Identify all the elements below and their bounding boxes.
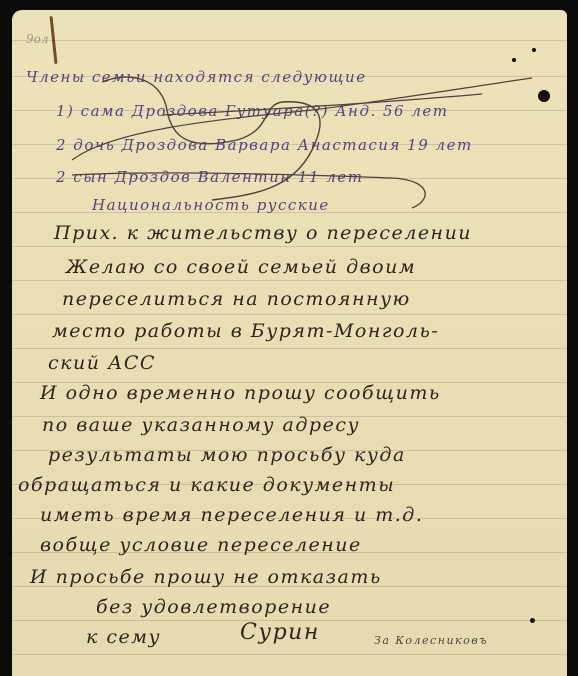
body-line-12: И просьбе прошу не отказать — [30, 566, 382, 588]
body-line-11: вобще условие переселение — [40, 534, 362, 556]
body-line-2: Желаю со своей семьей двоим — [66, 256, 416, 278]
body-line-9: обращаться и какие документы — [18, 474, 395, 496]
body-line-7: по ваше указанному адресу — [42, 414, 360, 436]
family-heading: Члены семьи находятся следующие — [26, 68, 367, 86]
family-member-2: 2 дочь Дроздова Варвара Анастасия 19 лет — [56, 136, 473, 154]
family-member-1: 1) сама Дроздова Гутуара(?) Анд. 56 лет — [56, 102, 449, 120]
body-line-1: Прих. к жительству о переселении — [54, 222, 472, 244]
document-page: 9ол Члены семьи находятся следующие 1) с… — [12, 10, 567, 676]
body-line-5: ский АСС — [48, 352, 156, 374]
ruled-line — [12, 314, 567, 315]
margin-note: 9ол — [26, 32, 49, 46]
body-line-10: иметь время переселения и т.д. — [40, 504, 423, 526]
ink-blot — [538, 90, 550, 102]
body-line-14: к сему — [86, 626, 161, 648]
ruled-line — [12, 40, 567, 41]
body-line-3: переселиться на постоянную — [62, 288, 411, 310]
ruled-line — [12, 348, 567, 349]
body-line-13: без удовлетворение — [96, 596, 331, 618]
ruled-line — [12, 246, 567, 247]
ruled-line — [12, 280, 567, 281]
ruled-line — [12, 654, 567, 655]
body-line-8: результаты мою просьбу куда — [48, 444, 406, 466]
ink-blot — [530, 618, 535, 623]
signature-note: За Колесниковъ — [374, 634, 488, 647]
family-member-3: 2 сын Дроздов Валентин 11 лет — [56, 168, 363, 186]
signature: Сурин — [240, 620, 320, 645]
nationality-line: Национальность русские — [92, 196, 330, 214]
body-line-4: место работы в Бурят-Монголь- — [52, 320, 439, 342]
body-line-6: И одно временно прошу сообщить — [40, 382, 441, 404]
ink-blot — [532, 48, 536, 52]
ink-blot — [512, 58, 516, 62]
